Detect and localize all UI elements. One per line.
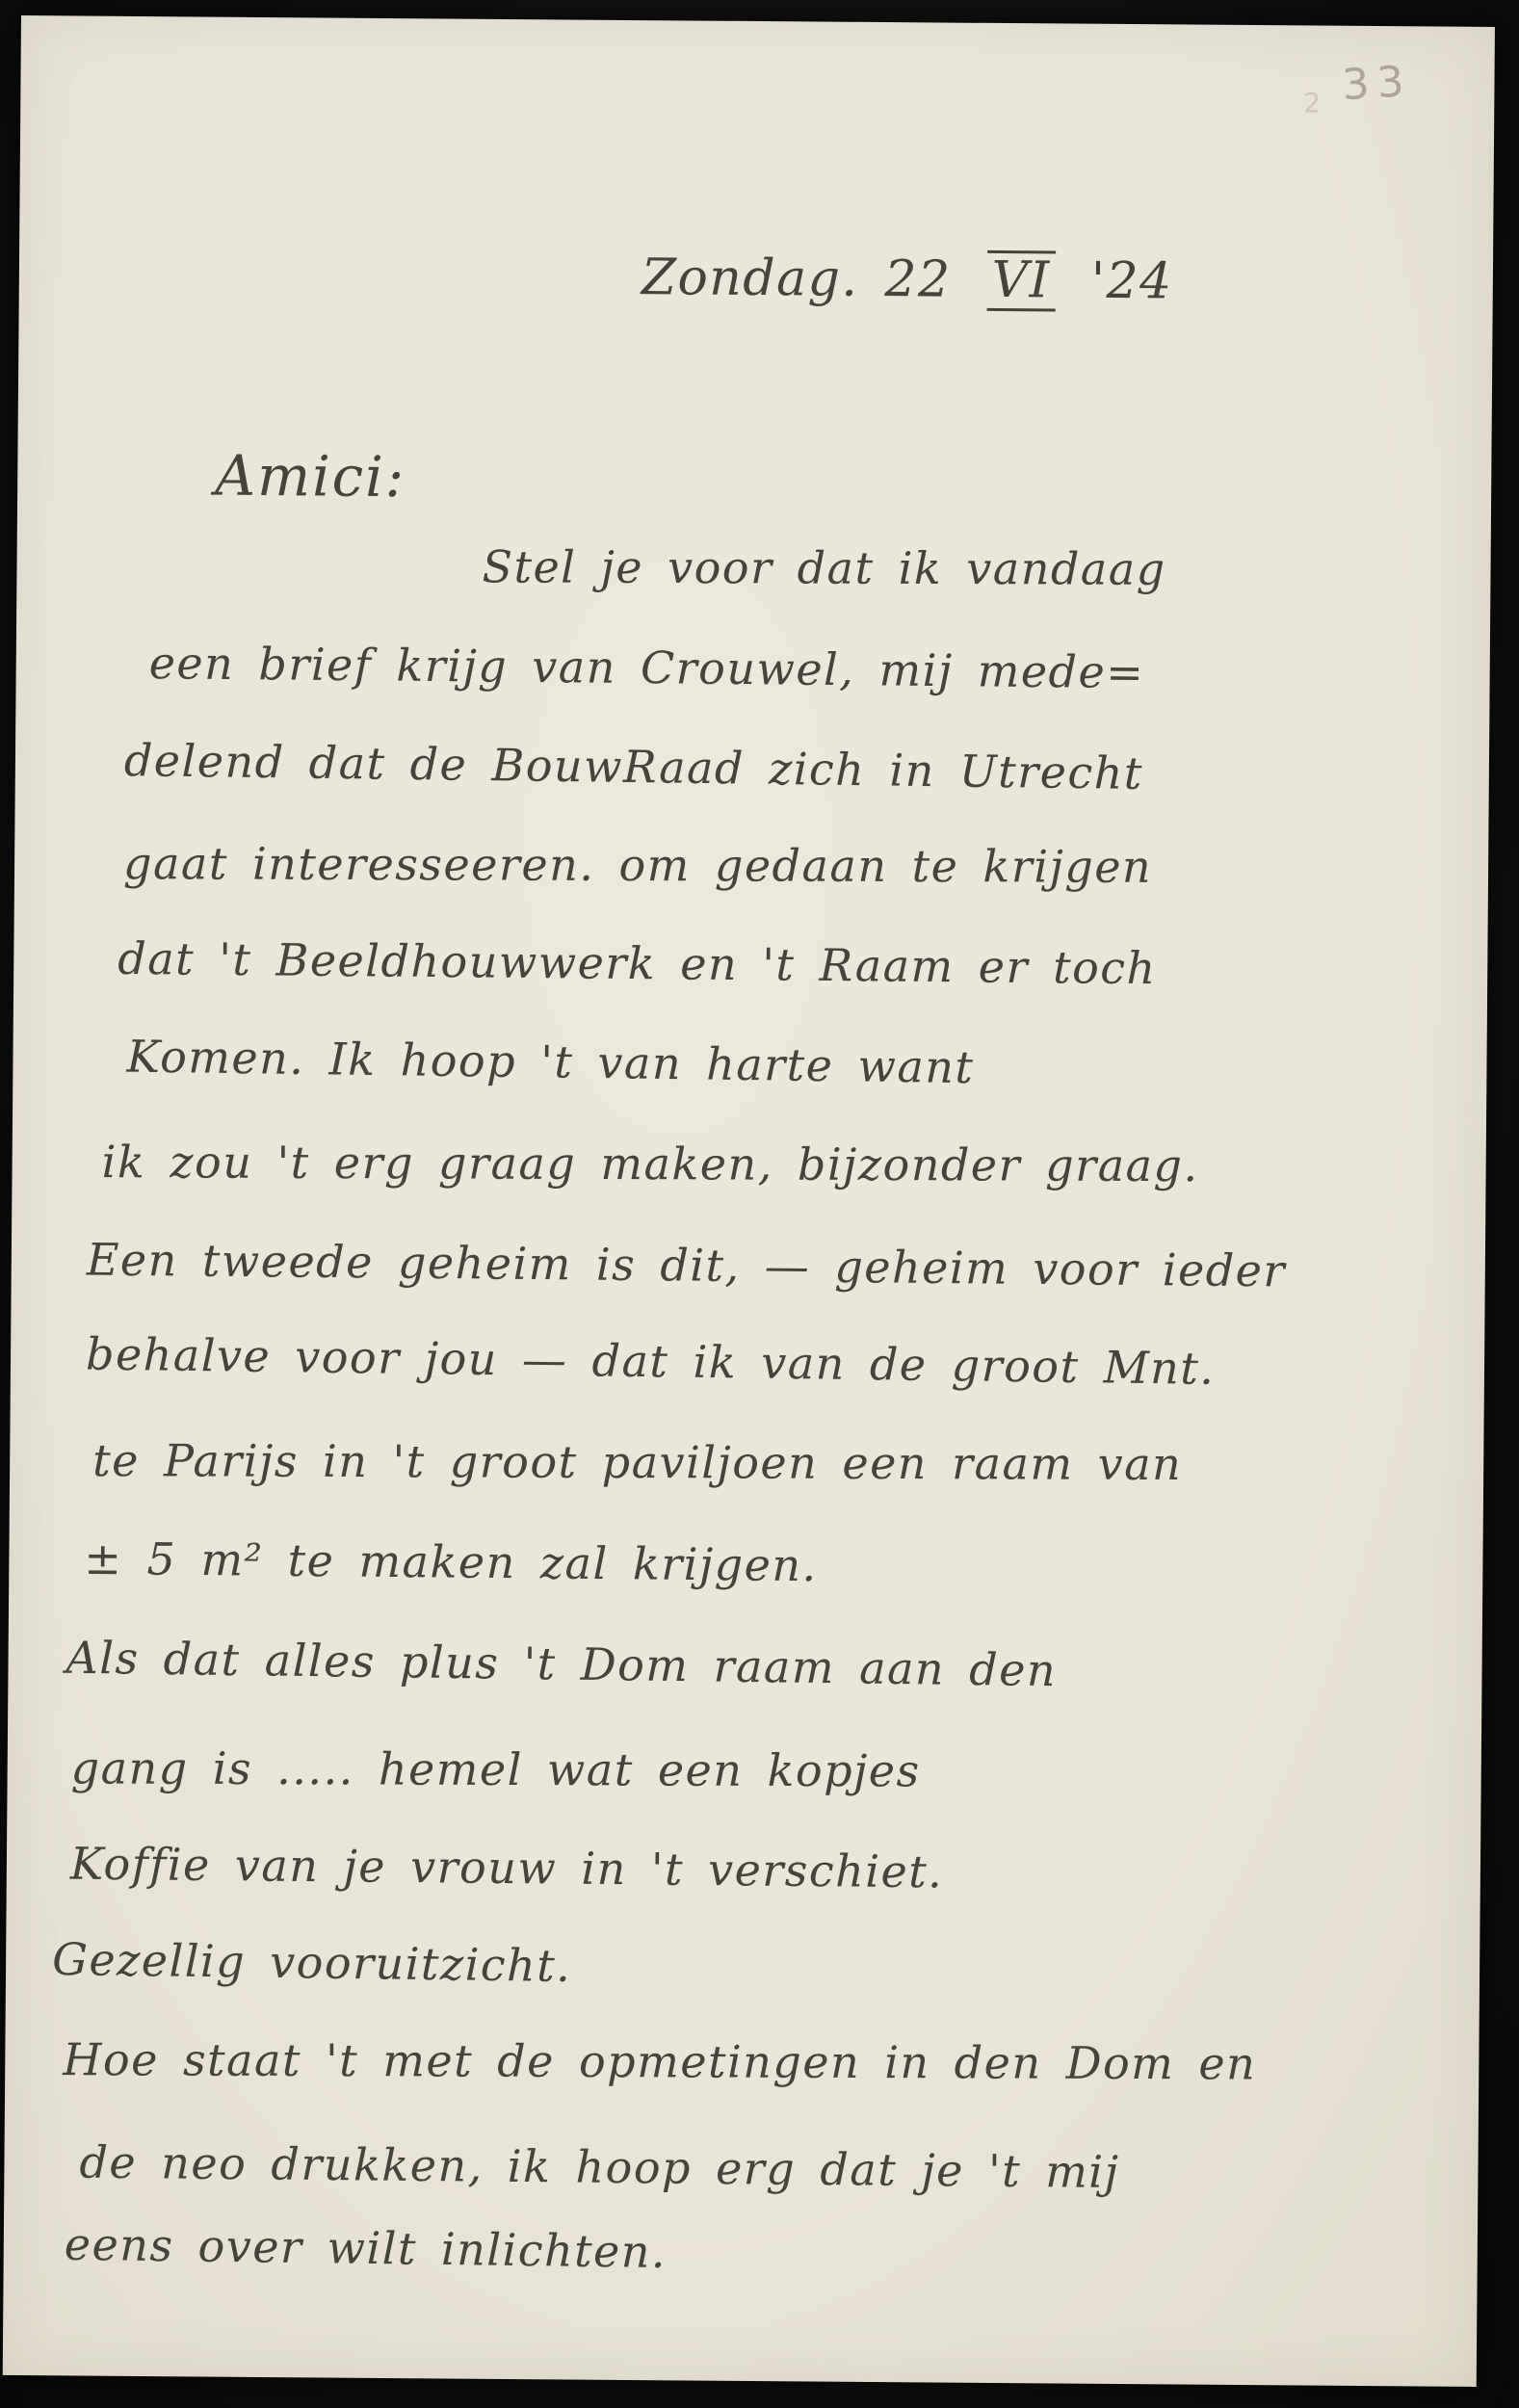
letter-line: Gezellig vooruitzicht. — [52, 1937, 572, 1988]
letter-line: Als dat alles plus 't Dom raam aan den — [65, 1636, 1057, 1692]
letter-paper: 2 33 Zondag. 22 VI '24 Amici: Stel je vo… — [3, 15, 1495, 2387]
letter-line: delend dat de BouwRaad zich in Utrecht — [124, 738, 1143, 796]
letter-line: een brief krijg van Crouwel, mij mede= — [149, 641, 1145, 694]
date-prefix: Zondag. 22 — [642, 249, 952, 309]
salutation: Amici: — [215, 443, 406, 510]
letter-line: ik zou 't erg graag maken, bijzonder gra… — [102, 1139, 1199, 1188]
letter-line: Komen. Ik hoop 't van harte want — [126, 1034, 975, 1090]
letter-line: eens over wilt inlichten. — [65, 2222, 668, 2274]
date-month-roman: VI — [986, 250, 1056, 311]
faint-pencil-mark: 2 — [1303, 87, 1321, 118]
scan-background: 2 33 Zondag. 22 VI '24 Amici: Stel je vo… — [0, 0, 1519, 2408]
date-year: '24 — [1091, 252, 1173, 311]
letter-line: te Parijs in 't groot paviljoen een raam… — [92, 1438, 1182, 1486]
letter-line: gang is ..... hemel wat een kopjes — [71, 1745, 921, 1793]
letter-line: dat 't Beeldhouwwerk en 't Raam er toch — [118, 936, 1157, 990]
page-number-pencil: 33 — [1341, 57, 1413, 110]
letter-body: Stel je voor dat ik vandaag een brief kr… — [21, 15, 1495, 27]
letter-line: Stel je voor dat ik vandaag — [482, 544, 1165, 590]
letter-line: de neo drukken, ik hoop erg dat je 't mi… — [79, 2140, 1119, 2194]
date-line: Zondag. 22 VI '24 — [642, 248, 1173, 312]
letter-line: Koffie van je vrouw in 't verschiet. — [70, 1842, 944, 1895]
letter-line: Een tweede geheim is dit, — geheim voor … — [87, 1237, 1287, 1293]
letter-line: ± 5 m² te maken zal krijgen. — [84, 1536, 818, 1587]
letter-line: gaat interesseeren. om gedaan te krijgen — [123, 841, 1152, 889]
letter-line: behalve voor jou — dat ik van de groot M… — [86, 1332, 1216, 1391]
letter-line: Hoe staat 't met de opmetingen in den Do… — [63, 2037, 1256, 2085]
